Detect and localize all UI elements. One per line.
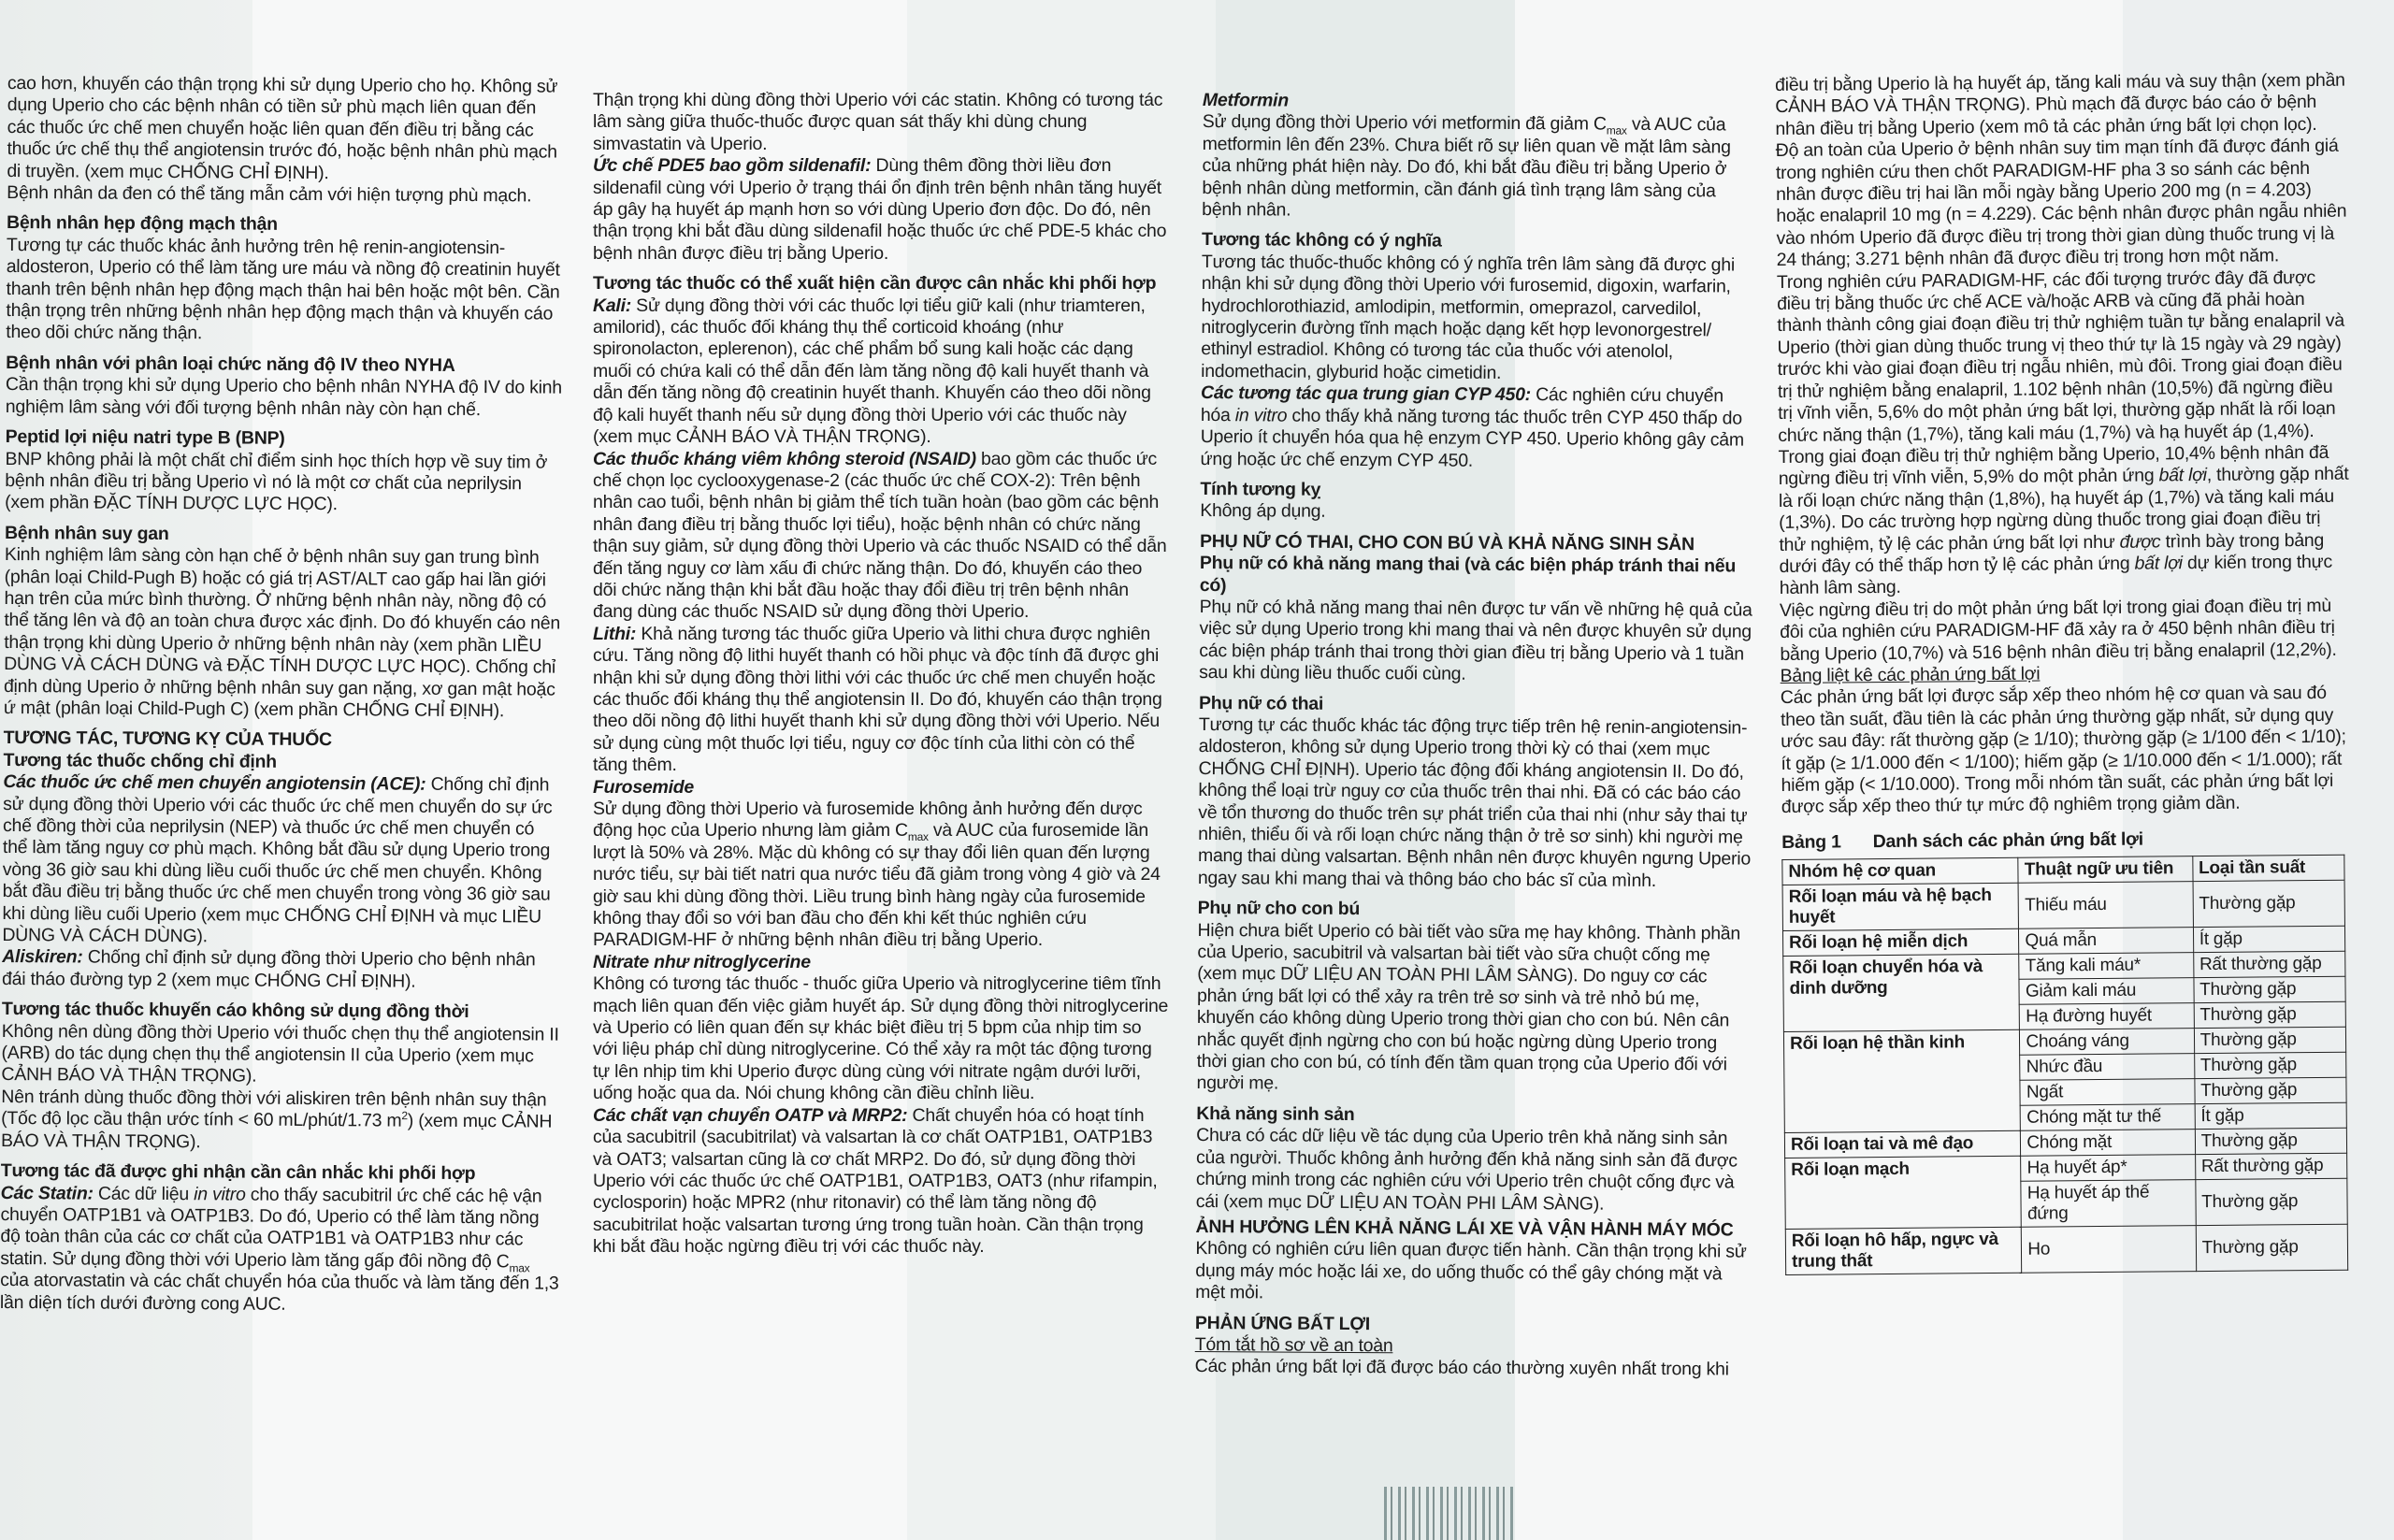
table-row: Rối loạn hô hấp, ngực và trung thất Ho T… xyxy=(1785,1224,2347,1274)
drug-label: Lithi: xyxy=(593,624,636,644)
section-heading: Tương tác thuốc có thể xuất hiện cần đượ… xyxy=(593,273,1169,295)
section-heading: Peptid lợi niệu natri type B (BNP) xyxy=(6,426,565,452)
organ-class-cell: Rối loạn hệ miễn dịch xyxy=(1782,928,2019,956)
section-heading: Bệnh nhân hẹp động mạch thận xyxy=(7,212,566,237)
drug-label: Các tương tác qua trung gian CYP 450: xyxy=(1201,382,1531,405)
drug-label: Kali: xyxy=(593,295,631,316)
column-3: Metformin Sử dụng đồng thời Uperio với m… xyxy=(1195,90,1756,1381)
column-header: Thuật ngữ ưu tiên xyxy=(2018,856,2193,884)
chapter-heading: TƯƠNG TÁC, TƯƠNG KỴ CỦA THUỐC xyxy=(4,727,563,753)
paragraph: Kali: Sử dụng đồng thời với các thuốc lợ… xyxy=(593,295,1169,449)
paragraph: cao hơn, khuyến cáo thận trọng khi sử dụ… xyxy=(7,73,567,186)
term-cell: Ngất xyxy=(2020,1079,2195,1106)
subsection-heading: Nitrate như nitroglycerine xyxy=(593,952,1169,973)
paragraph: Không nên dùng đồng thời Uperio với thuố… xyxy=(1,1021,560,1090)
frequency-cell: Thường gặp xyxy=(2194,1001,2346,1028)
paragraph: Tương tác thuốc-thuốc không có ý nghĩa t… xyxy=(1201,252,1755,386)
paragraph: Ức chế PDE5 bao gồm sildenafil: Dùng thê… xyxy=(593,155,1169,265)
section-heading: Tương tác không có ý nghĩa xyxy=(1202,229,1755,254)
paragraph: Không có tương tác thuốc - thuốc giữa Up… xyxy=(593,973,1169,1104)
frequency-cell: Thường gặp xyxy=(2196,1178,2348,1225)
paragraph: Aliskiren: Chống chỉ định sử dụng đồng t… xyxy=(2,946,561,993)
frequency-cell: Ít gặp xyxy=(2193,926,2345,952)
frequency-cell: Thường gặp xyxy=(2196,1224,2348,1271)
paragraph: Không có nghiên cứu liên quan được tiến … xyxy=(1195,1238,1749,1307)
term-cell: Ho xyxy=(2022,1226,2197,1274)
paragraph: Các thuốc ức chế men chuyển angiotensin … xyxy=(2,771,562,950)
term-cell: Hạ huyết áp* xyxy=(2021,1155,2196,1182)
term-cell: Thiếu máu xyxy=(2018,882,2193,929)
term-cell: Tăng kali máu* xyxy=(2019,953,2194,980)
organ-class-cell: Rối loạn hệ thần kinh xyxy=(1783,1029,2020,1132)
frequency-cell: Thường gặp xyxy=(2194,1027,2346,1053)
paragraph: Sử dụng đồng thời Uperio với metformin đ… xyxy=(1202,111,1756,224)
paragraph: Trong nghiên cứu PARADIGM-HF, các đối tư… xyxy=(1777,266,2350,599)
paragraph: Các Statin: Các dữ liệu in vitro cho thấ… xyxy=(0,1182,560,1317)
paragraph: điều trị bằng Uperio là hạ huyết áp, tăn… xyxy=(1775,70,2346,141)
paragraph: Thận trọng khi dùng đồng thời Uperio với… xyxy=(593,90,1169,155)
term-cell: Quá mẫn xyxy=(2019,928,2194,955)
frequency-cell: Thường gặp xyxy=(2194,976,2346,1002)
paragraph: Nên tránh dùng thuốc đồng thời với alisk… xyxy=(1,1087,560,1156)
table-row: Rối loạn máu và hệ bạch huyết Thiếu máu … xyxy=(1782,880,2344,930)
term-cell: Hạ đường huyết xyxy=(2020,1003,2195,1030)
drug-label: Các Statin: xyxy=(1,1182,94,1203)
paragraph: Kinh nghiệm lâm sàng còn hạn chế ở bệnh … xyxy=(4,544,564,723)
term-cell: Choáng váng xyxy=(2020,1029,2195,1056)
barcode-mark xyxy=(1384,1487,1515,1540)
term-cell: Giảm kali máu xyxy=(2019,978,2194,1005)
table-title: Danh sách các phản ứng bất lợi xyxy=(1873,828,2143,853)
paragraph: Các thuốc kháng viêm không steroid (NSAI… xyxy=(593,449,1169,624)
subsection-heading: Furosemide xyxy=(593,777,1169,799)
paragraph: Các phản ứng bất lợi đã được báo cáo thư… xyxy=(1195,1356,1749,1381)
paragraph: Phụ nữ có khả năng mang thai nên được tư… xyxy=(1199,597,1753,687)
section-heading: Phụ nữ có khả năng mang thai (và các biệ… xyxy=(1200,553,1753,599)
section-heading: Tương tác thuốc khuyến cáo không sử dụng… xyxy=(2,999,561,1024)
adverse-reactions-table: Nhóm hệ cơ quan Thuật ngữ ưu tiên Loại t… xyxy=(1781,855,2348,1275)
frequency-cell: Thường gặp xyxy=(2195,1128,2347,1154)
organ-class-cell: Rối loạn máu và hệ bạch huyết xyxy=(1782,883,2019,930)
column-header: Loại tần suất xyxy=(2193,855,2345,881)
drug-label: Aliskiren: xyxy=(2,946,83,968)
drug-label: Các thuốc kháng viêm không steroid (NSAI… xyxy=(593,449,976,469)
organ-class-cell: Rối loạn tai và mê đạo xyxy=(1784,1130,2021,1158)
organ-class-cell: Rối loạn chuyển hóa và dinh dưỡng xyxy=(1783,954,2020,1031)
paragraph: Không áp dụng. xyxy=(1200,500,1753,525)
paragraph: Các phản ứng bất lợi được sắp xếp theo n… xyxy=(1781,683,2352,819)
drug-label: Ức chế PDE5 bao gồm sildenafil: xyxy=(593,155,871,176)
column-header: Nhóm hệ cơ quan xyxy=(1782,857,2019,885)
frequency-cell: Rất thường gặp xyxy=(2193,951,2345,977)
paragraph: Sử dụng đồng thời Uperio và furosemide k… xyxy=(593,799,1169,952)
paragraph: Lithi: Khả năng tương tác thuốc giữa Upe… xyxy=(593,624,1169,777)
table-number: Bảng 1 xyxy=(1781,831,1841,854)
column-1: cao hơn, khuyến cáo thận trọng khi sử dụ… xyxy=(0,73,567,1317)
section-heading: Phụ nữ cho con bú xyxy=(1198,898,1752,923)
term-cell: Chóng mặt xyxy=(2021,1130,2196,1157)
frequency-cell: Thường gặp xyxy=(2195,1077,2347,1103)
frequency-cell: Thường gặp xyxy=(2193,880,2345,927)
table-caption: Bảng 1 Danh sách các phản ứng bất lợi xyxy=(1781,827,2352,854)
frequency-cell: Rất thường gặp xyxy=(2195,1153,2347,1179)
paragraph: Bệnh nhân da đen có thể tăng mẫn cảm với… xyxy=(7,182,566,208)
organ-class-cell: Rối loạn mạch xyxy=(1785,1156,2022,1229)
drug-label: Các chất vạn chuyển OATP và MRP2: xyxy=(593,1105,907,1126)
frequency-cell: Ít gặp xyxy=(2195,1102,2347,1129)
column-2: Thận trọng khi dùng đồng thời Uperio với… xyxy=(593,90,1169,1259)
paragraph: Cần thận trọng khi sử dụng Uperio cho bệ… xyxy=(6,374,565,421)
paragraph: Các tương tác qua trung gian CYP 450: Cá… xyxy=(1201,382,1755,473)
column-4: điều trị bằng Uperio là hạ huyết áp, tăn… xyxy=(1775,70,2356,1275)
paragraph: Độ an toàn của Uperio ở bệnh nhân suy ti… xyxy=(1776,136,2347,272)
chapter-heading: PHẢN ỨNG BẤT LỢI xyxy=(1195,1313,1749,1338)
paragraph: Chưa có các dữ liệu về tác dụng của Uper… xyxy=(1196,1125,1751,1216)
paragraph: Hiện chưa biết Uperio có bài tiết vào sữ… xyxy=(1196,920,1751,1099)
frequency-cell: Thường gặp xyxy=(2194,1052,2346,1078)
paragraph: Các chất vạn chuyển OATP và MRP2: Chất c… xyxy=(593,1105,1169,1259)
term-cell: Chóng mặt tư thế xyxy=(2021,1104,2196,1131)
paragraph: Việc ngừng điều trị do một phản ứng bất … xyxy=(1780,595,2351,666)
paragraph: Tương tự các thuốc khác ảnh hưởng trên h… xyxy=(6,235,566,348)
paragraph: Tương tự các thuốc khác tác động trực ti… xyxy=(1198,714,1752,893)
paragraph: BNP không phải là một chất chỉ điểm sinh… xyxy=(5,448,564,517)
drug-label: Các thuốc ức chế men chuyển angiotensin … xyxy=(3,771,425,795)
term-cell: Nhức đầu xyxy=(2020,1054,2195,1081)
term-cell: Hạ huyết áp thế đứng xyxy=(2021,1180,2196,1228)
organ-class-cell: Rối loạn hô hấp, ngực và trung thất xyxy=(1785,1227,2022,1274)
